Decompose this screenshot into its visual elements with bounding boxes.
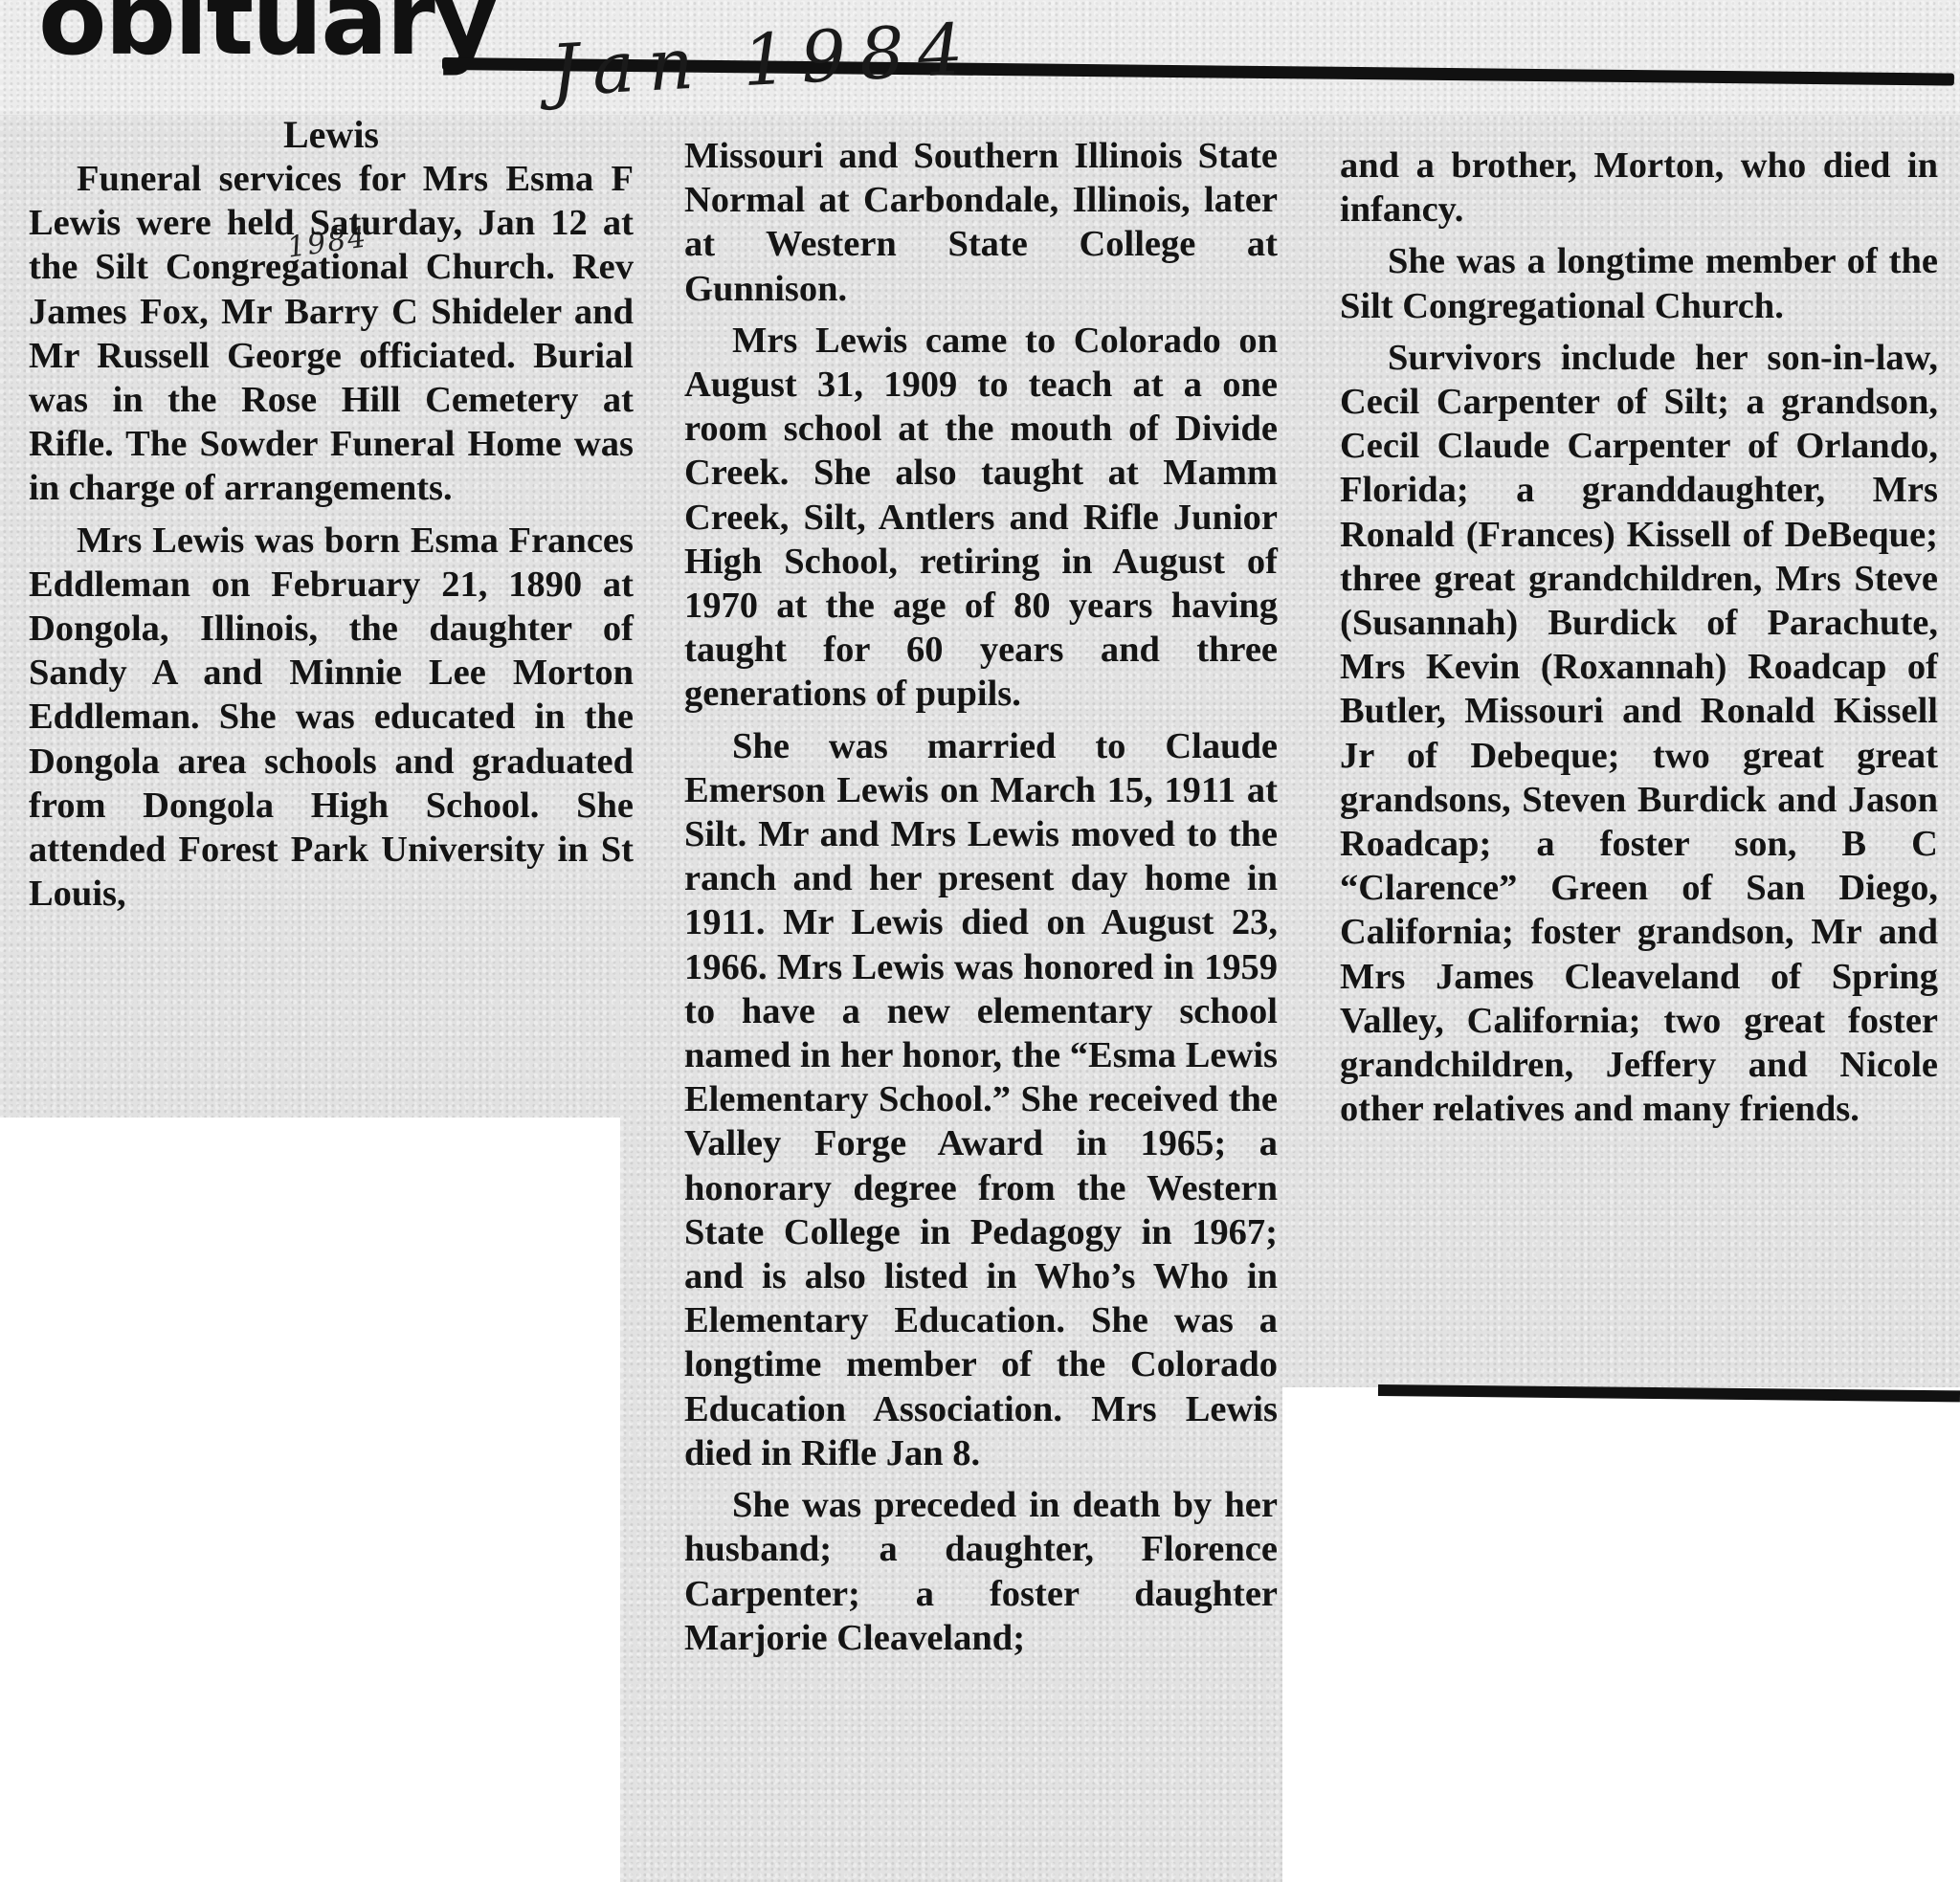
paragraph-survivors: Survivors include her son-in-law, Cecil …	[1340, 336, 1938, 1132]
masthead-title: obituary	[38, 0, 497, 69]
article-column-1: Lewis Funeral services for Mrs Esma F Le…	[29, 113, 634, 923]
paragraph-marriage-honors: She was married to Claude Emerson Lewis …	[684, 724, 1278, 1475]
paragraph-teaching: Mrs Lewis came to Colorado on August 31,…	[684, 319, 1278, 717]
paragraph-preceded: She was preceded in death by her husband…	[684, 1483, 1278, 1660]
article-column-3: and a brother, Morton, who died in infan…	[1340, 144, 1938, 1139]
paragraph-church: She was a longtime member of the Silt Co…	[1340, 239, 1938, 327]
paragraph-education-cont: Missouri and Southern Illinois State Nor…	[684, 134, 1278, 311]
paragraph-funeral: Funeral services for Mrs Esma F Lewis we…	[29, 157, 634, 511]
paragraph-birth: Mrs Lewis was born Esma Frances Eddleman…	[29, 519, 634, 917]
paragraph-preceded-cont: and a brother, Morton, who died in infan…	[1340, 144, 1938, 232]
article-column-2: Missouri and Southern Illinois State Nor…	[684, 134, 1278, 1668]
obituary-name-heading: Lewis	[29, 113, 634, 157]
